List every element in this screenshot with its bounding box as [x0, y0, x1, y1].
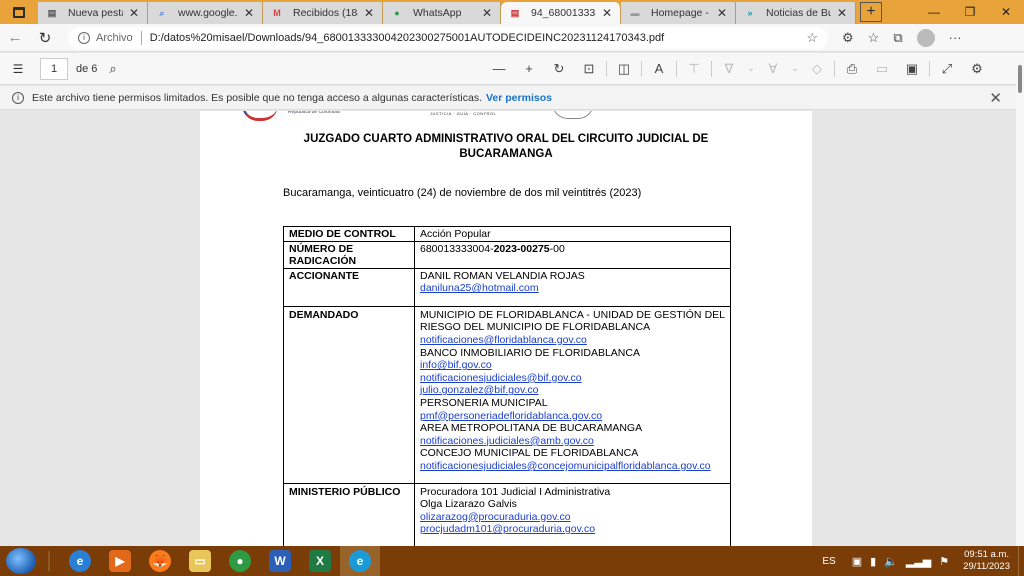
- date-line: Bucaramanga, veinticuatro (24) de noviem…: [283, 187, 641, 199]
- extensions-icon[interactable]: ⚙: [842, 30, 854, 46]
- party-name: CONCEJO MUNICIPAL DE FLORIDABLANCA: [420, 447, 725, 460]
- taskbar-app-media-player[interactable]: ▶: [100, 546, 140, 576]
- radicacion-prefix: 680013333004-: [420, 243, 494, 255]
- tab-label: Nueva pestaña: [68, 7, 123, 19]
- row-label: ACCIONANTE: [284, 268, 415, 306]
- window-controls: — ❐ ✕: [916, 0, 1024, 24]
- file-explorer-icon: ▭: [189, 550, 211, 572]
- logo-text: República de Colombia: [288, 111, 340, 115]
- info-icon: i: [12, 92, 24, 104]
- divider: [141, 31, 142, 45]
- email-link[interactable]: notificacionesjudiciales@bif.gov.co: [420, 372, 725, 385]
- new-tab-icon: ▤: [46, 7, 58, 19]
- more-menu-icon[interactable]: ···: [949, 30, 962, 45]
- tab[interactable]: ⌕www.google.co✕: [148, 2, 263, 24]
- divider: [676, 61, 677, 77]
- tab-label: Homepage - Ci: [651, 7, 711, 19]
- party-name: BANCO INMOBILIARIO DE FLORIDABLANCA: [420, 347, 725, 360]
- email-link[interactable]: info@bif.gov.co: [420, 359, 725, 372]
- tab-label: www.google.co: [178, 7, 238, 19]
- radicacion-number: 2023-00275: [494, 243, 550, 255]
- taskbar-app-firefox[interactable]: 🦊: [140, 546, 180, 576]
- eraser-icon[interactable]: ◇: [802, 61, 832, 77]
- row-label: NÚMERO DE RADICACIÓN: [284, 241, 415, 268]
- tab-strip: ▤Nueva pestaña✕⌕www.google.co✕MRecibidos…: [0, 0, 1024, 24]
- start-button[interactable]: [6, 548, 36, 574]
- whatsapp-icon: ●: [391, 7, 403, 19]
- chrome-icon: ●: [229, 550, 251, 572]
- back-button[interactable]: ←: [0, 29, 30, 46]
- email-link[interactable]: pmf@personeriadefloridablanca.gov.co: [420, 410, 725, 423]
- favorites-icon[interactable]: ☆: [868, 30, 880, 46]
- page-view-icon[interactable]: ◫: [609, 61, 639, 77]
- table-row: MEDIO DE CONTROL Acción Popular: [284, 227, 731, 242]
- taskbar-app-internet-explorer[interactable]: e: [60, 546, 100, 576]
- seal-logo: [552, 111, 594, 119]
- table-row: NÚMERO DE RADICACIÓN 680013333004-2023-0…: [284, 241, 731, 268]
- email-link[interactable]: daniluna25@hotmail.com: [420, 282, 539, 294]
- email-link[interactable]: julio.gonzalez@bif.gov.co: [420, 384, 725, 397]
- email-link[interactable]: notificacionesjudiciales@concejomunicipa…: [420, 460, 725, 473]
- collections-icon[interactable]: ⧉: [893, 30, 902, 46]
- coat-of-arms-logo: [242, 111, 278, 121]
- refresh-button[interactable]: ↻: [30, 29, 60, 47]
- row-value: MUNICIPIO DE FLORIDABLANCA - UNIDAD DE G…: [415, 306, 731, 483]
- chevron-down-icon[interactable]: ⌄: [744, 63, 758, 74]
- highlight-icon[interactable]: ∀: [758, 61, 788, 77]
- email-link[interactable]: notificaciones@floridablanca.gov.co: [420, 334, 725, 347]
- edge-icon: e: [349, 550, 371, 572]
- close-tab-icon[interactable]: ✕: [129, 6, 139, 20]
- party-name: PERSONERIA MUNICIPAL: [420, 397, 725, 410]
- close-infobar-icon[interactable]: ✕: [989, 89, 1002, 107]
- tab[interactable]: ▤94_68001333300✕: [501, 2, 621, 24]
- tab-actions-button[interactable]: [0, 0, 38, 24]
- tab[interactable]: ▤Nueva pestaña✕: [38, 2, 148, 24]
- email-link[interactable]: notificaciones.judiciales@amb.gov.co: [420, 435, 725, 448]
- read-aloud-icon[interactable]: A: [644, 61, 674, 76]
- url-input[interactable]: i Archivo D:/datos%20misael/Downloads/94…: [68, 27, 828, 49]
- tab-list: ▤Nueva pestaña✕⌕www.google.co✕MRecibidos…: [38, 0, 856, 24]
- volume-icon[interactable]: 🔈: [884, 555, 898, 568]
- party-name: Olga Lizarazo Galvis: [420, 498, 725, 511]
- security-icon[interactable]: ▮: [870, 555, 876, 568]
- word-icon: W: [269, 550, 291, 572]
- close-tab-icon[interactable]: ✕: [837, 6, 847, 20]
- clock-date: 29/11/2023: [963, 561, 1010, 573]
- row-value: DANIL ROMAN VELANDIA ROJAS daniluna25@ho…: [415, 268, 731, 306]
- divider: [641, 61, 642, 77]
- case-info-table: MEDIO DE CONTROL Acción Popular NÚMERO D…: [283, 226, 731, 546]
- zoom-out-icon[interactable]: —: [484, 61, 514, 76]
- system-tray: ES ▣ ▮ 🔈 ▂▃▅ ⚑ 09:51 a.m. 29/11/2023: [822, 546, 1024, 576]
- tab-label: WhatsApp: [413, 7, 476, 19]
- total-pages-label: de 6: [76, 63, 97, 75]
- row-label: MINISTERIO PÚBLICO: [284, 483, 415, 546]
- taskbar-app-file-explorer[interactable]: ▭: [180, 546, 220, 576]
- tab[interactable]: ▬Homepage - Ci✕: [621, 2, 736, 24]
- table-row: MINISTERIO PÚBLICO Procuradora 101 Judic…: [284, 483, 731, 546]
- search-icon[interactable]: ⌕: [109, 61, 116, 77]
- divider: [48, 551, 50, 571]
- close-tab-icon[interactable]: ✕: [717, 6, 727, 20]
- party-name: MUNICIPIO DE FLORIDABLANCA - UNIDAD DE G…: [420, 309, 725, 334]
- close-tab-icon[interactable]: ✕: [364, 6, 374, 20]
- divider: [929, 61, 930, 77]
- save-icon[interactable]: ▭: [867, 61, 897, 77]
- permissions-infobar: i Este archivo tiene permisos limitados.…: [0, 86, 1016, 110]
- title-line: JUZGADO CUARTO ADMINISTRATIVO ORAL DEL C…: [200, 132, 812, 147]
- email-link[interactable]: procjudadm101@procuraduria.gov.co: [420, 523, 725, 536]
- excel-icon: X: [309, 550, 331, 572]
- row-label: MEDIO DE CONTROL: [284, 227, 415, 242]
- radicacion-suffix: -00: [550, 243, 565, 255]
- accionante-name: DANIL ROMAN VELANDIA ROJAS: [420, 270, 725, 283]
- document-title: JUZGADO CUARTO ADMINISTRATIVO ORAL DEL C…: [200, 132, 812, 162]
- fullscreen-icon[interactable]: ⤢: [932, 61, 962, 77]
- row-value: Procuradora 101 Judicial I Administrativ…: [415, 483, 731, 546]
- zoom-in-icon[interactable]: +: [514, 61, 544, 76]
- row-value: 680013333004-2023-00275-00: [415, 241, 731, 268]
- pdf-page: República de Colombia JUSTICIA · GUÍA · …: [200, 111, 812, 546]
- table-of-contents-icon[interactable]: ☰: [0, 62, 36, 76]
- divider: [711, 61, 712, 77]
- divider: [834, 61, 835, 77]
- vertical-scrollbar[interactable]: [1016, 53, 1024, 546]
- info-icon[interactable]: i: [78, 32, 90, 44]
- save-as-icon[interactable]: ▣: [897, 61, 927, 77]
- fit-width-icon[interactable]: ⊡: [574, 61, 604, 77]
- draw-icon[interactable]: ∇: [714, 61, 744, 77]
- settings-icon[interactable]: ⚙: [962, 61, 992, 77]
- pdf-viewer[interactable]: República de Colombia JUSTICIA · GUÍA · …: [0, 111, 1016, 546]
- show-desktop-button[interactable]: [1018, 546, 1024, 576]
- party-name: AREA METROPOLITANA DE BUCARAMANGA: [420, 422, 725, 435]
- scheme-label: Archivo: [96, 32, 133, 44]
- tab[interactable]: ●WhatsApp✕: [383, 2, 501, 24]
- signal-icon[interactable]: ▂▃▅: [906, 555, 931, 568]
- email-link[interactable]: olizarazog@procuraduria.gov.co: [420, 511, 725, 524]
- infobar-message: Este archivo tiene permisos limitados. E…: [32, 92, 482, 104]
- divider: [606, 61, 607, 77]
- firefox-icon: 🦊: [149, 550, 171, 572]
- gmail-icon: M: [271, 7, 283, 19]
- title-line: BUCARAMANGA: [200, 147, 812, 162]
- address-bar: ← ↻ i Archivo D:/datos%20misael/Download…: [0, 24, 1024, 52]
- url-text: D:/datos%20misael/Downloads/94_680013333…: [150, 32, 665, 44]
- taskbar-app-edge[interactable]: e: [340, 546, 380, 576]
- add-favorite-icon[interactable]: ☆: [806, 30, 818, 46]
- close-tab-icon[interactable]: ✕: [244, 6, 254, 20]
- taskbar-app-word[interactable]: W: [260, 546, 300, 576]
- internet-explorer-icon: e: [69, 550, 91, 572]
- tab-label: 94_68001333300: [531, 7, 596, 19]
- view-permissions-link[interactable]: Ver permisos: [486, 92, 552, 104]
- tab-label: Noticias de Buc: [766, 7, 831, 19]
- pdf-toolbar: ☰ 1 de 6 ⌕ — + ↻ ⊡ ◫ A ⊤ ∇ ⌄ ∀ ⌄ ◇ ⎙ ▭ ▣…: [0, 53, 1024, 85]
- row-value: Acción Popular: [415, 227, 731, 242]
- action-center-flag-icon[interactable]: ⚑: [939, 555, 949, 568]
- clock[interactable]: 09:51 a.m. 29/11/2023: [963, 549, 1010, 573]
- media-player-icon: ▶: [109, 550, 131, 572]
- tab-label: Recibidos (184): [293, 7, 358, 19]
- row-label: DEMANDADO: [284, 306, 415, 483]
- minimize-button[interactable]: —: [916, 0, 952, 24]
- page-icon: ▬: [629, 7, 641, 19]
- network-monitor-icon[interactable]: ▣: [852, 555, 862, 568]
- search-icon: ⌕: [156, 7, 168, 19]
- taskbar: e▶🦊▭●WXe ES ▣ ▮ 🔈 ▂▃▅ ⚑ 09:51 a.m. 29/11…: [0, 546, 1024, 576]
- clock-time: 09:51 a.m.: [963, 549, 1010, 561]
- tab[interactable]: MRecibidos (184)✕: [263, 2, 383, 24]
- close-tab-icon[interactable]: ✕: [482, 6, 492, 20]
- table-row: ACCIONANTE DANIL ROMAN VELANDIA ROJAS da…: [284, 268, 731, 306]
- close-window-button[interactable]: ✕: [988, 0, 1024, 24]
- maximize-button[interactable]: ❐: [952, 0, 988, 24]
- language-indicator[interactable]: ES: [822, 556, 835, 567]
- taskbar-apps: e▶🦊▭●WXe: [60, 546, 380, 576]
- taskbar-app-excel[interactable]: X: [300, 546, 340, 576]
- rotate-icon[interactable]: ↻: [544, 61, 574, 77]
- tab[interactable]: »Noticias de Buc✕: [736, 2, 856, 24]
- scrollbar-thumb[interactable]: [1018, 65, 1022, 93]
- table-row: DEMANDADO MUNICIPIO DE FLORIDABLANCA - U…: [284, 306, 731, 483]
- close-tab-icon[interactable]: ✕: [602, 6, 612, 20]
- news-icon: »: [744, 7, 756, 19]
- page-number-input[interactable]: 1: [40, 58, 68, 80]
- profile-avatar[interactable]: [917, 29, 935, 47]
- print-icon[interactable]: ⎙: [837, 61, 867, 77]
- new-tab-button[interactable]: +: [860, 2, 882, 22]
- logo-text: JUSTICIA · GUÍA · CONTROL: [430, 111, 496, 116]
- text-box-icon[interactable]: ⊤: [679, 61, 709, 77]
- chevron-down-icon[interactable]: ⌄: [788, 63, 802, 74]
- party-name: Procuradora 101 Judicial I Administrativ…: [420, 486, 725, 499]
- taskbar-app-chrome[interactable]: ●: [220, 546, 260, 576]
- pdf-icon: ▤: [509, 7, 521, 19]
- tab-actions-icon: [13, 7, 25, 18]
